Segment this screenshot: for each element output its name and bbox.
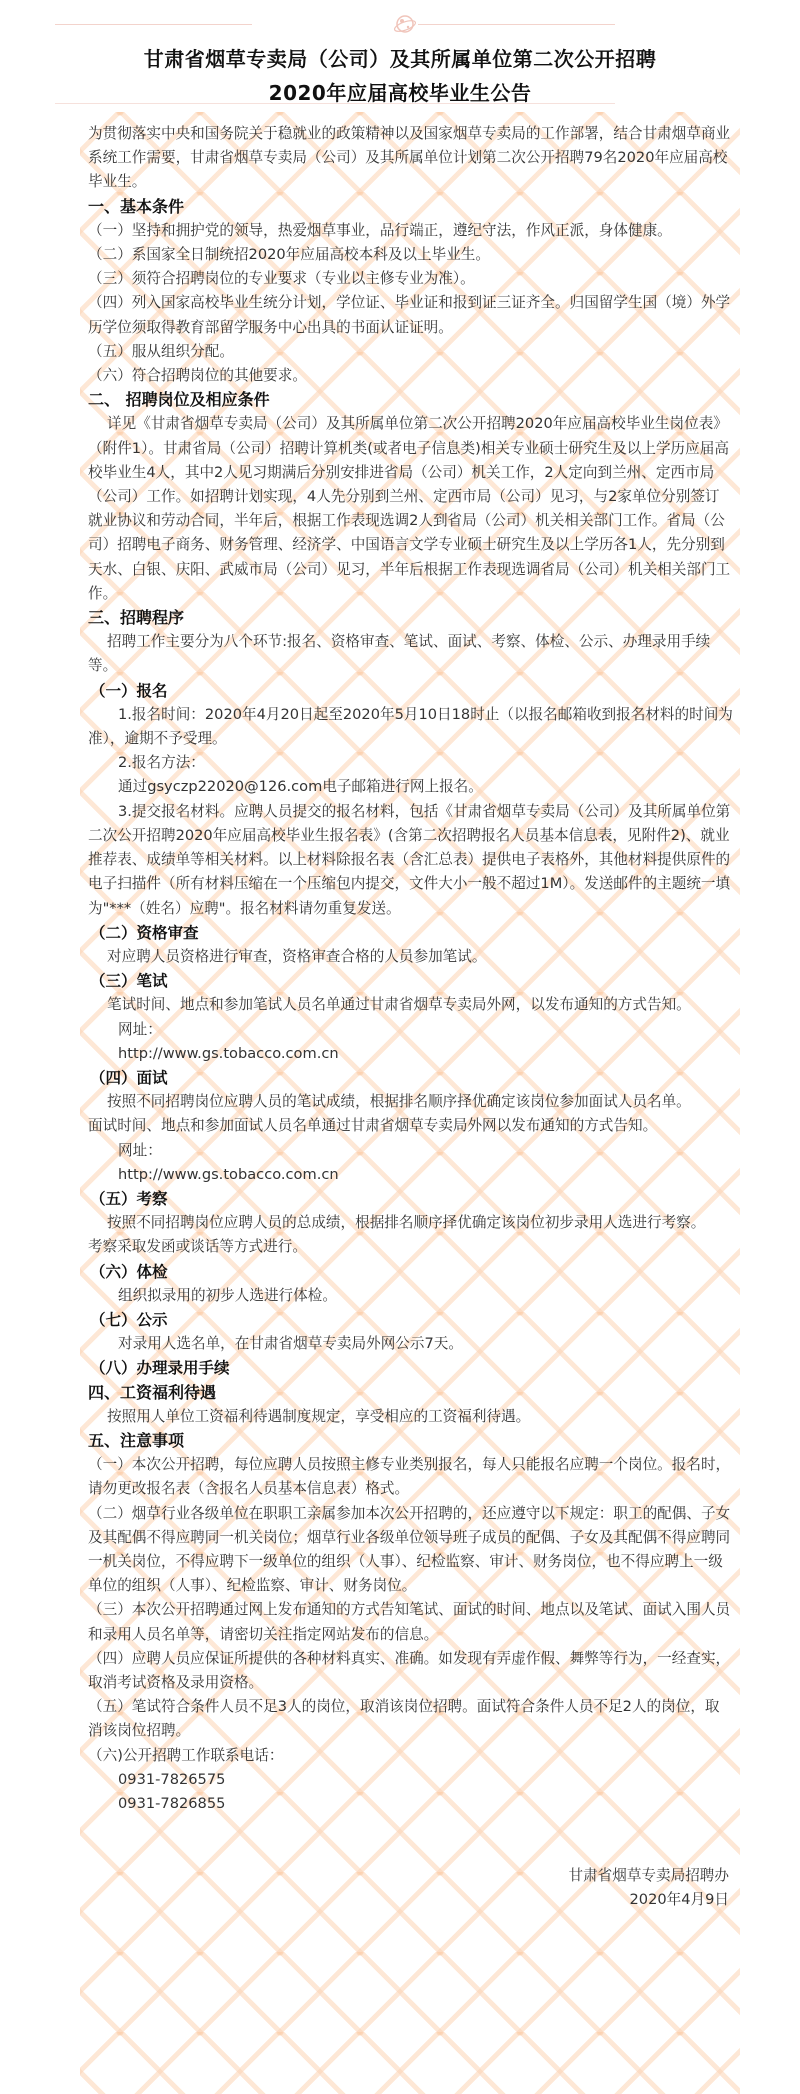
section-5-item: （一）本次公开招聘，每位应聘人员按照主修专业类别报名，每人只能报名应聘一个岗位。… [88,1453,733,1501]
subsection-written-exam-heading: （三）笔试 [88,969,733,993]
inspection-body-2: 考察采取发函或谈话等方式进行。 [88,1235,733,1259]
title-line-1: 甘肃省烟草专卖局（公司）及其所属单位第二次公开招聘 [0,42,800,76]
subsection-interview-heading: （四）面试 [88,1066,733,1090]
section-5-heading: 五、注意事项 [88,1429,733,1453]
written-exam-url-link[interactable]: http://www.gs.tobacco.com.cn [88,1042,733,1066]
subsection-qualification-heading: （二）资格审查 [88,921,733,945]
contact-phone: 0931-7826855 [88,1792,733,1816]
spacer [88,1816,733,1864]
registration-method-label: 2.报名方法： [88,751,733,775]
ornament-divider-right [418,24,615,25]
registration-method: 通过gsyczp22020@126.com电子邮箱进行网上报名。 [88,775,733,799]
section-4-heading: 四、工资福利待遇 [88,1381,733,1405]
section-1-heading: 一、基本条件 [88,195,733,219]
section-3-body: 招聘工作主要分为八个环节:报名、资格审查、笔试、面试、考察、体检、公示、办理录用… [88,630,733,678]
subsection-registration-heading: （一）报名 [88,679,733,703]
section-1-item: （五）服从组织分配。 [88,340,733,364]
interview-url-label: 网址： [88,1139,733,1163]
planet-ornament-icon [392,10,418,40]
section-5-item: （五）笔试符合条件人员不足3人的岗位，取消该岗位招聘。面试符合条件人员不足2人的… [88,1695,733,1743]
subsection-employment-heading: （八）办理录用手续 [88,1356,733,1380]
subsection-medical-heading: （六）体检 [88,1260,733,1284]
subsection-inspection-heading: （五）考察 [88,1187,733,1211]
contact-phone: 0931-7826575 [88,1768,733,1792]
section-4-body: 按照用人单位工资福利待遇制度规定，享受相应的工资福利待遇。 [88,1405,733,1429]
page-title: 甘肃省烟草专卖局（公司）及其所属单位第二次公开招聘 2020年应届高校毕业生公告 [0,42,800,110]
section-1-item: （二）系国家全日制统招2020年应届高校本科及以上毕业生。 [88,243,733,267]
section-1-item: （三）须符合招聘岗位的专业要求（专业以主修专业为准）。 [88,267,733,291]
medical-body: 组织拟录用的初步人选进行体检。 [88,1284,733,1308]
written-exam-body: 笔试时间、地点和参加笔试人员名单通过甘肃省烟草专卖局外网，以发布通知的方式告知。 [88,993,733,1017]
section-1-item: （六）符合招聘岗位的其他要求。 [88,364,733,388]
registration-materials: 3.提交报名材料。应聘人员提交的报名材料，包括《甘肃省烟草专卖局（公司）及其所属… [88,800,733,921]
article-text: 为贯彻落实中央和国务院关于稳就业的政策精神以及国家烟草专卖局的工作部署，结合甘肃… [88,122,733,1913]
section-5-item: （三）本次公开招聘通过网上发布通知的方式告知笔试、面试的时间、地点以及笔试、面试… [88,1598,733,1646]
inspection-body: 按照不同招聘岗位应聘人员的总成绩，根据排名顺序择优确定该岗位初步录用人选进行考察… [88,1211,733,1235]
page-header: 甘肃省烟草专卖局（公司）及其所属单位第二次公开招聘 2020年应届高校毕业生公告 [0,0,800,110]
announcement-body: 为贯彻落实中央和国务院关于稳就业的政策精神以及国家烟草专卖局的工作部署，结合甘肃… [80,112,740,2094]
ornament-divider-left [55,24,252,25]
section-2-heading: 二、 招聘岗位及相应条件 [88,388,733,412]
title-line-2: 2020年应届高校毕业生公告 [0,76,800,110]
section-1-item: （四）列入国家高校毕业生统分计划，学位证、毕业证和报到证三证齐全。归国留学生国（… [88,291,733,339]
registration-time: 1.报名时间：2020年4月20日起至2020年5月10日18时止（以报名邮箱收… [88,703,733,751]
qualification-body: 对应聘人员资格进行审查，资格审查合格的人员参加笔试。 [88,945,733,969]
signature-date: 2020年4月9日 [88,1888,733,1912]
subsection-publicity-heading: （七）公示 [88,1308,733,1332]
publicity-body: 对录用人选名单，在甘肃省烟草专卖局外网公示7天。 [88,1332,733,1356]
interview-url-link[interactable]: http://www.gs.tobacco.com.cn [88,1163,733,1187]
interview-body: 按照不同招聘岗位应聘人员的笔试成绩，根据排名顺序择优确定该岗位参加面试人员名单。 [88,1090,733,1114]
interview-body-2: 面试时间、地点和参加面试人员名单通过甘肃省烟草专卖局外网以发布通知的方式告知。 [88,1114,733,1138]
written-exam-url-label: 网址： [88,1018,733,1042]
section-3-heading: 三、招聘程序 [88,606,733,630]
title-divider [55,103,615,104]
section-5-item: （二）烟草行业各级单位在职职工亲属参加本次公开招聘的，还应遵守以下规定：职工的配… [88,1502,733,1599]
section-1-item: （一）坚持和拥护党的领导，热爱烟草事业，品行端正，遵纪守法，作风正派，身体健康。 [88,219,733,243]
section-5-item: （四）应聘人员应保证所提供的各种材料真实、准确。如发现有弄虚作假、舞弊等行为，一… [88,1647,733,1695]
contact-label: （六)公开招聘工作联系电话： [88,1744,733,1768]
section-2-body: 详见《甘肃省烟草专卖局（公司）及其所属单位第二次公开招聘2020年应届高校毕业生… [88,412,733,606]
signature-org: 甘肃省烟草专卖局招聘办 [88,1864,733,1888]
intro-paragraph: 为贯彻落实中央和国务院关于稳就业的政策精神以及国家烟草专卖局的工作部署，结合甘肃… [88,122,733,195]
